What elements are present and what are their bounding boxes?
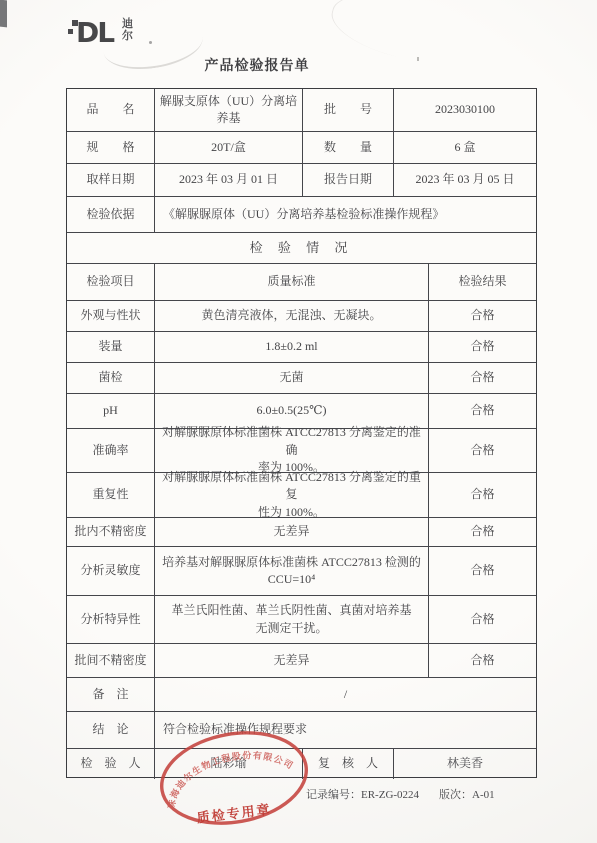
item-result: 合格 (429, 301, 536, 331)
table-row-dates: 取样日期 2023 年 03 月 01 日 报告日期 2023 年 03 月 0… (67, 164, 536, 197)
table-row-result: 批内不精密度 无差异 合格 (67, 518, 536, 547)
item-name: 菌检 (67, 363, 155, 393)
item-standard: 对解脲脲原体标准菌株 ATCC27813 分离鉴定的准确 率为 100%。 (155, 429, 429, 472)
stamp-center-text: 质检专用章 (153, 793, 314, 831)
col-header-item: 检验项目 (67, 264, 155, 300)
inspector-label: 检 验 人 (67, 749, 155, 779)
product-name-label: 品 名 (67, 89, 155, 131)
logo-brand-char-top: 迪 (122, 18, 136, 30)
item-result: 合格 (429, 473, 536, 517)
table-row-result: 重复性 对解脲脲原体标准菌株 ATCC27813 分离鉴定的重复 性为 100%… (67, 473, 536, 518)
item-result: 合格 (429, 429, 536, 472)
item-name: 批间不精密度 (67, 644, 155, 677)
item-result: 合格 (429, 394, 536, 428)
inspector-name: 陆彩瑜 (155, 749, 303, 779)
inspection-report-table: 品 名 解脲支原体（UU）分离培 养基 批 号 2023030100 规 格 2… (66, 88, 537, 778)
remark-label: 备 注 (67, 678, 155, 711)
quantity-value: 6 盒 (394, 132, 536, 163)
col-header-result: 检验结果 (429, 264, 536, 300)
reviewer-label: 复 核 人 (303, 749, 394, 779)
item-standard: 黄色清亮液体，无混浊、无凝块。 (155, 301, 429, 331)
item-result: 合格 (429, 547, 536, 595)
section-header: 检 验 情 况 (67, 233, 536, 263)
version-label: 版次： (439, 789, 472, 801)
conclusion-value: 符合检验标准操作规程要求 (155, 712, 536, 748)
basis-value: 《解脲脲原体（UU）分离培养基检验标准操作规程》 (155, 197, 536, 232)
item-result: 合格 (429, 332, 536, 362)
sampling-date-value: 2023 年 03 月 01 日 (155, 164, 303, 196)
table-row-spec: 规 格 20T/盒 数 量 6 盒 (67, 132, 536, 164)
sampling-date-label: 取样日期 (67, 164, 155, 196)
table-row-conclusion: 结 论 符合检验标准操作规程要求 (67, 712, 536, 749)
basis-label: 检验依据 (67, 197, 155, 232)
table-row-column-headers: 检验项目 质量标准 检验结果 (67, 264, 536, 301)
item-name: 装量 (67, 332, 155, 362)
record-number: 记录编号：ER-ZG-0224 (306, 786, 419, 802)
item-standard: 培养基对解脲脲原体标准菌株 ATCC27813 检测的 CCU=10⁴ (155, 547, 429, 595)
batch-no-label: 批 号 (303, 89, 394, 131)
item-standard: 1.8±0.2 ml (155, 332, 429, 362)
item-result: 合格 (429, 518, 536, 546)
table-row-product: 品 名 解脲支原体（UU）分离培 养基 批 号 2023030100 (67, 89, 536, 132)
record-number-value: ER-ZG-0224 (361, 789, 419, 801)
reviewer-name: 林美香 (394, 749, 536, 779)
item-standard: 革兰氏阳性菌、革兰氏阴性菌、真菌对培养基 无测定干扰。 (155, 596, 429, 643)
version-value: A-01 (472, 789, 495, 801)
remark-value: / (155, 678, 536, 711)
logo-brand-characters: 迪 尔 (122, 18, 136, 42)
item-name: 分析灵敏度 (67, 547, 155, 595)
item-result: 合格 (429, 363, 536, 393)
item-result: 合格 (429, 596, 536, 643)
conclusion-label: 结 论 (67, 712, 155, 748)
logo-square-icon (68, 29, 73, 34)
item-name: pH (67, 394, 155, 428)
item-standard: 无菌 (155, 363, 429, 393)
quantity-label: 数 量 (303, 132, 394, 163)
report-date-label: 报告日期 (303, 164, 394, 196)
table-row-section-header: 检 验 情 况 (67, 233, 536, 264)
item-name: 重复性 (67, 473, 155, 517)
item-name: 外观与性状 (67, 301, 155, 331)
table-row-remark: 备 注 / (67, 678, 536, 712)
scan-corner-artifact (0, 0, 7, 27)
item-name: 分析特异性 (67, 596, 155, 643)
table-row-result: 准确率 对解脲脲原体标准菌株 ATCC27813 分离鉴定的准确 率为 100%… (67, 429, 536, 473)
table-row-result: 分析灵敏度 培养基对解脲脲原体标准菌株 ATCC27813 检测的 CCU=10… (67, 547, 536, 596)
table-row-signatures: 检 验 人 陆彩瑜 复 核 人 林美香 (67, 749, 536, 779)
report-date-value: 2023 年 03 月 05 日 (394, 164, 536, 196)
item-standard: 6.0±0.5(25℃) (155, 394, 429, 428)
record-number-label: 记录编号： (306, 789, 361, 801)
spec-label: 规 格 (67, 132, 155, 163)
item-standard: 对解脲脲原体标准菌株 ATCC27813 分离鉴定的重复 性为 100%。 (155, 473, 429, 517)
item-result: 合格 (429, 644, 536, 677)
col-header-standard: 质量标准 (155, 264, 429, 300)
page-title: 产品检验报告单 (0, 55, 514, 75)
table-row-result: 装量 1.8±0.2 ml 合格 (67, 332, 536, 363)
version: 版次：A-01 (439, 786, 495, 802)
scanned-report-page: DL 迪 尔 产品检验报告单 品 名 解脲支原体（UU）分离培 养基 批 号 2… (0, 0, 597, 843)
logo-dl-letters: DL (76, 16, 113, 49)
document-footer: 记录编号：ER-ZG-0224 版次：A-01 (306, 786, 495, 802)
item-name: 批内不精密度 (67, 518, 155, 546)
product-name-value: 解脲支原体（UU）分离培 养基 (155, 89, 303, 131)
item-standard: 无差异 (155, 518, 429, 546)
table-row-result: 分析特异性 革兰氏阳性菌、革兰氏阴性菌、真菌对培养基 无测定干扰。 合格 (67, 596, 536, 644)
dl-brand-logo: DL 迪 尔 (66, 14, 156, 58)
spec-value: 20T/盒 (155, 132, 303, 163)
item-standard: 无差异 (155, 644, 429, 677)
table-row-result: 批间不精密度 无差异 合格 (67, 644, 536, 678)
item-name: 准确率 (67, 429, 155, 472)
table-row-basis: 检验依据 《解脲脲原体（UU）分离培养基检验标准操作规程》 (67, 197, 536, 233)
batch-no-value: 2023030100 (394, 89, 536, 131)
logo-brand-char-bottom: 尔 (122, 30, 136, 42)
table-row-result: 菌检 无菌 合格 (67, 363, 536, 394)
table-row-result: 外观与性状 黄色清亮液体，无混浊、无凝块。 合格 (67, 301, 536, 332)
